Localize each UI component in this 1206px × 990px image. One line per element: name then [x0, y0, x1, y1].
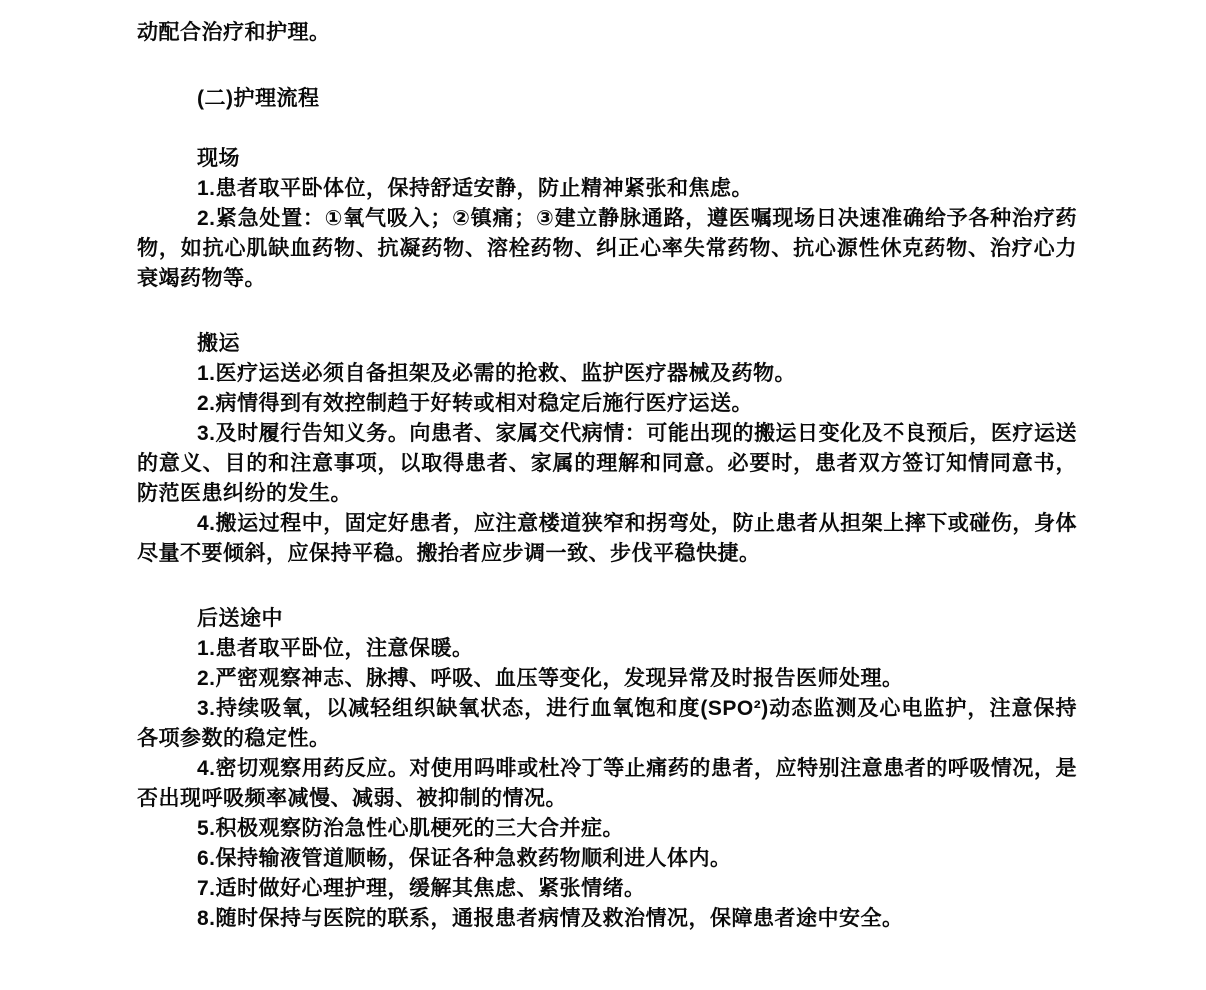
list-item: 3.持续吸氧，以减轻组织缺氧状态，进行血氧饱和度(SPO²)动态监测及心电监护，… [137, 694, 1077, 754]
intro-line: 动配合治疗和护理。 [137, 18, 1077, 48]
subsection-title-onsite: 现场 [137, 144, 1077, 174]
section-heading: (二)护理流程 [137, 84, 1077, 114]
list-item: 5.积极观察防治急性心肌梗死的三大合并症。 [137, 814, 1077, 844]
subsection-title-transport: 搬运 [137, 329, 1077, 359]
subsection-title-evacuation: 后送途中 [137, 604, 1077, 634]
list-item: 4.密切观察用药反应。对使用吗啡或杜冷丁等止痛药的患者，应特别注意患者的呼吸情况… [137, 754, 1077, 814]
list-item: 1.医疗运送必须自备担架及必需的抢救、监护医疗器械及药物。 [137, 359, 1077, 389]
subsection-evacuation: 后送途中 1.患者取平卧位，注意保暖。 2.严密观察神志、脉搏、呼吸、血压等变化… [137, 604, 1077, 934]
list-item: 2.严密观察神志、脉搏、呼吸、血压等变化，发现异常及时报告医师处理。 [137, 664, 1077, 694]
subsection-transport: 搬运 1.医疗运送必须自备担架及必需的抢救、监护医疗器械及药物。 2.病情得到有… [137, 329, 1077, 569]
list-item: 2.病情得到有效控制趋于好转或相对稳定后施行医疗运送。 [137, 389, 1077, 419]
document-page: 动配合治疗和护理。 (二)护理流程 现场 1.患者取平卧体位，保持舒适安静，防止… [137, 18, 1077, 934]
list-item: 3.及时履行告知义务。向患者、家属交代病情：可能出现的搬运日变化及不良预后，医疗… [137, 419, 1077, 509]
list-item: 6.保持输液管道顺畅，保证各种急救药物顺利进人体内。 [137, 844, 1077, 874]
list-item: 1.患者取平卧位，注意保暖。 [137, 634, 1077, 664]
subsection-onsite: 现场 1.患者取平卧体位，保持舒适安静，防止精神紧张和焦虑。 2.紧急处置：①氧… [137, 144, 1077, 294]
list-item: 8.随时保持与医院的联系，通报患者病情及救治情况，保障患者途中安全。 [137, 904, 1077, 934]
list-item: 7.适时做好心理护理，缓解其焦虑、紧张情绪。 [137, 874, 1077, 904]
list-item: 4.搬运过程中，固定好患者，应注意楼道狭窄和拐弯处，防止患者从担架上摔下或碰伤，… [137, 509, 1077, 569]
list-item: 2.紧急处置：①氧气吸入；②镇痛；③建立静脉通路，遵医嘱现场日决速准确给予各种治… [137, 204, 1077, 294]
list-item: 1.患者取平卧体位，保持舒适安静，防止精神紧张和焦虑。 [137, 174, 1077, 204]
